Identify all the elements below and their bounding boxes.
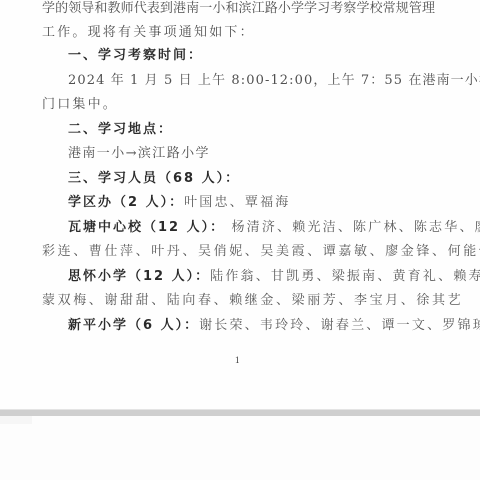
group-names: 叶国忠、覃福海 (184, 195, 290, 210)
personnel-group-district-office: 学区办（2 人）：叶国忠、覃福海 (68, 195, 290, 211)
group-label: 瓦塘中心校（12 人）： (68, 220, 225, 235)
group-label: 学区办（2 人）： (68, 195, 184, 210)
group-label: 思怀小学（12 人）： (68, 269, 210, 284)
personnel-group-sihuai: 思怀小学（12 人）：陆作翁、甘凯勇、梁振南、黄育礼、赖寿葵、 (68, 269, 480, 285)
next-page (0, 416, 480, 480)
group-names: 杨清济、赖光洁、陈广林、陈志华、廖 (225, 220, 480, 235)
paragraph-notice-intro: 工作。现将有关事项通知如下： (42, 25, 255, 41)
personnel-group-sihuai-continued: 蒙双梅、谢甜甜、陆向春、赖继金、梁丽芳、李宝月、徐其艺 (42, 293, 463, 309)
page-number: 1 (235, 355, 240, 365)
next-page-shadow (0, 416, 32, 424)
group-names: 陆作翁、甘凯勇、梁振南、黄育礼、赖寿葵、 (210, 269, 480, 284)
personnel-group-watang: 瓦塘中心校（12 人）： 杨清济、赖光洁、陈广林、陈志华、廖 (68, 220, 480, 236)
personnel-group-watang-continued: 彩连、曹仕萍、叶丹、吴俏妮、吴美霞、谭嘉敏、廖金锋、何能怡 (42, 244, 480, 260)
heading-study-location: 二、学习地点： (68, 122, 173, 138)
group-label: 新平小学（6 人）： (68, 318, 199, 333)
paragraph-intro-continued: 学的领导和教师代表到港南一小和滨江路小学学习考察学校常规管理 (42, 1, 435, 17)
paragraph-study-time: 2024 年 1 月 5 日 上午 8:00-12:00，上午 7：55 在港南… (68, 73, 480, 89)
heading-study-personnel: 三、学习人员（68 人）： (68, 171, 240, 187)
paragraph-study-route: 港南一小→滨江路小学 (68, 146, 210, 162)
page-separator (0, 409, 480, 416)
paragraph-gather-location: 门口集中。 (42, 97, 118, 113)
personnel-group-xinping: 新平小学（6 人）：谢长荣、韦玲玲、谢春兰、谭一文、罗锦琼、 (68, 318, 480, 334)
group-names: 谢长荣、韦玲玲、谢春兰、谭一文、罗锦琼、 (199, 318, 480, 333)
heading-study-time: 一、学习考察时间： (68, 48, 203, 64)
document-page: 学的领导和教师代表到港南一小和滨江路小学学习考察学校常规管理 工作。现将有关事项… (0, 0, 480, 410)
